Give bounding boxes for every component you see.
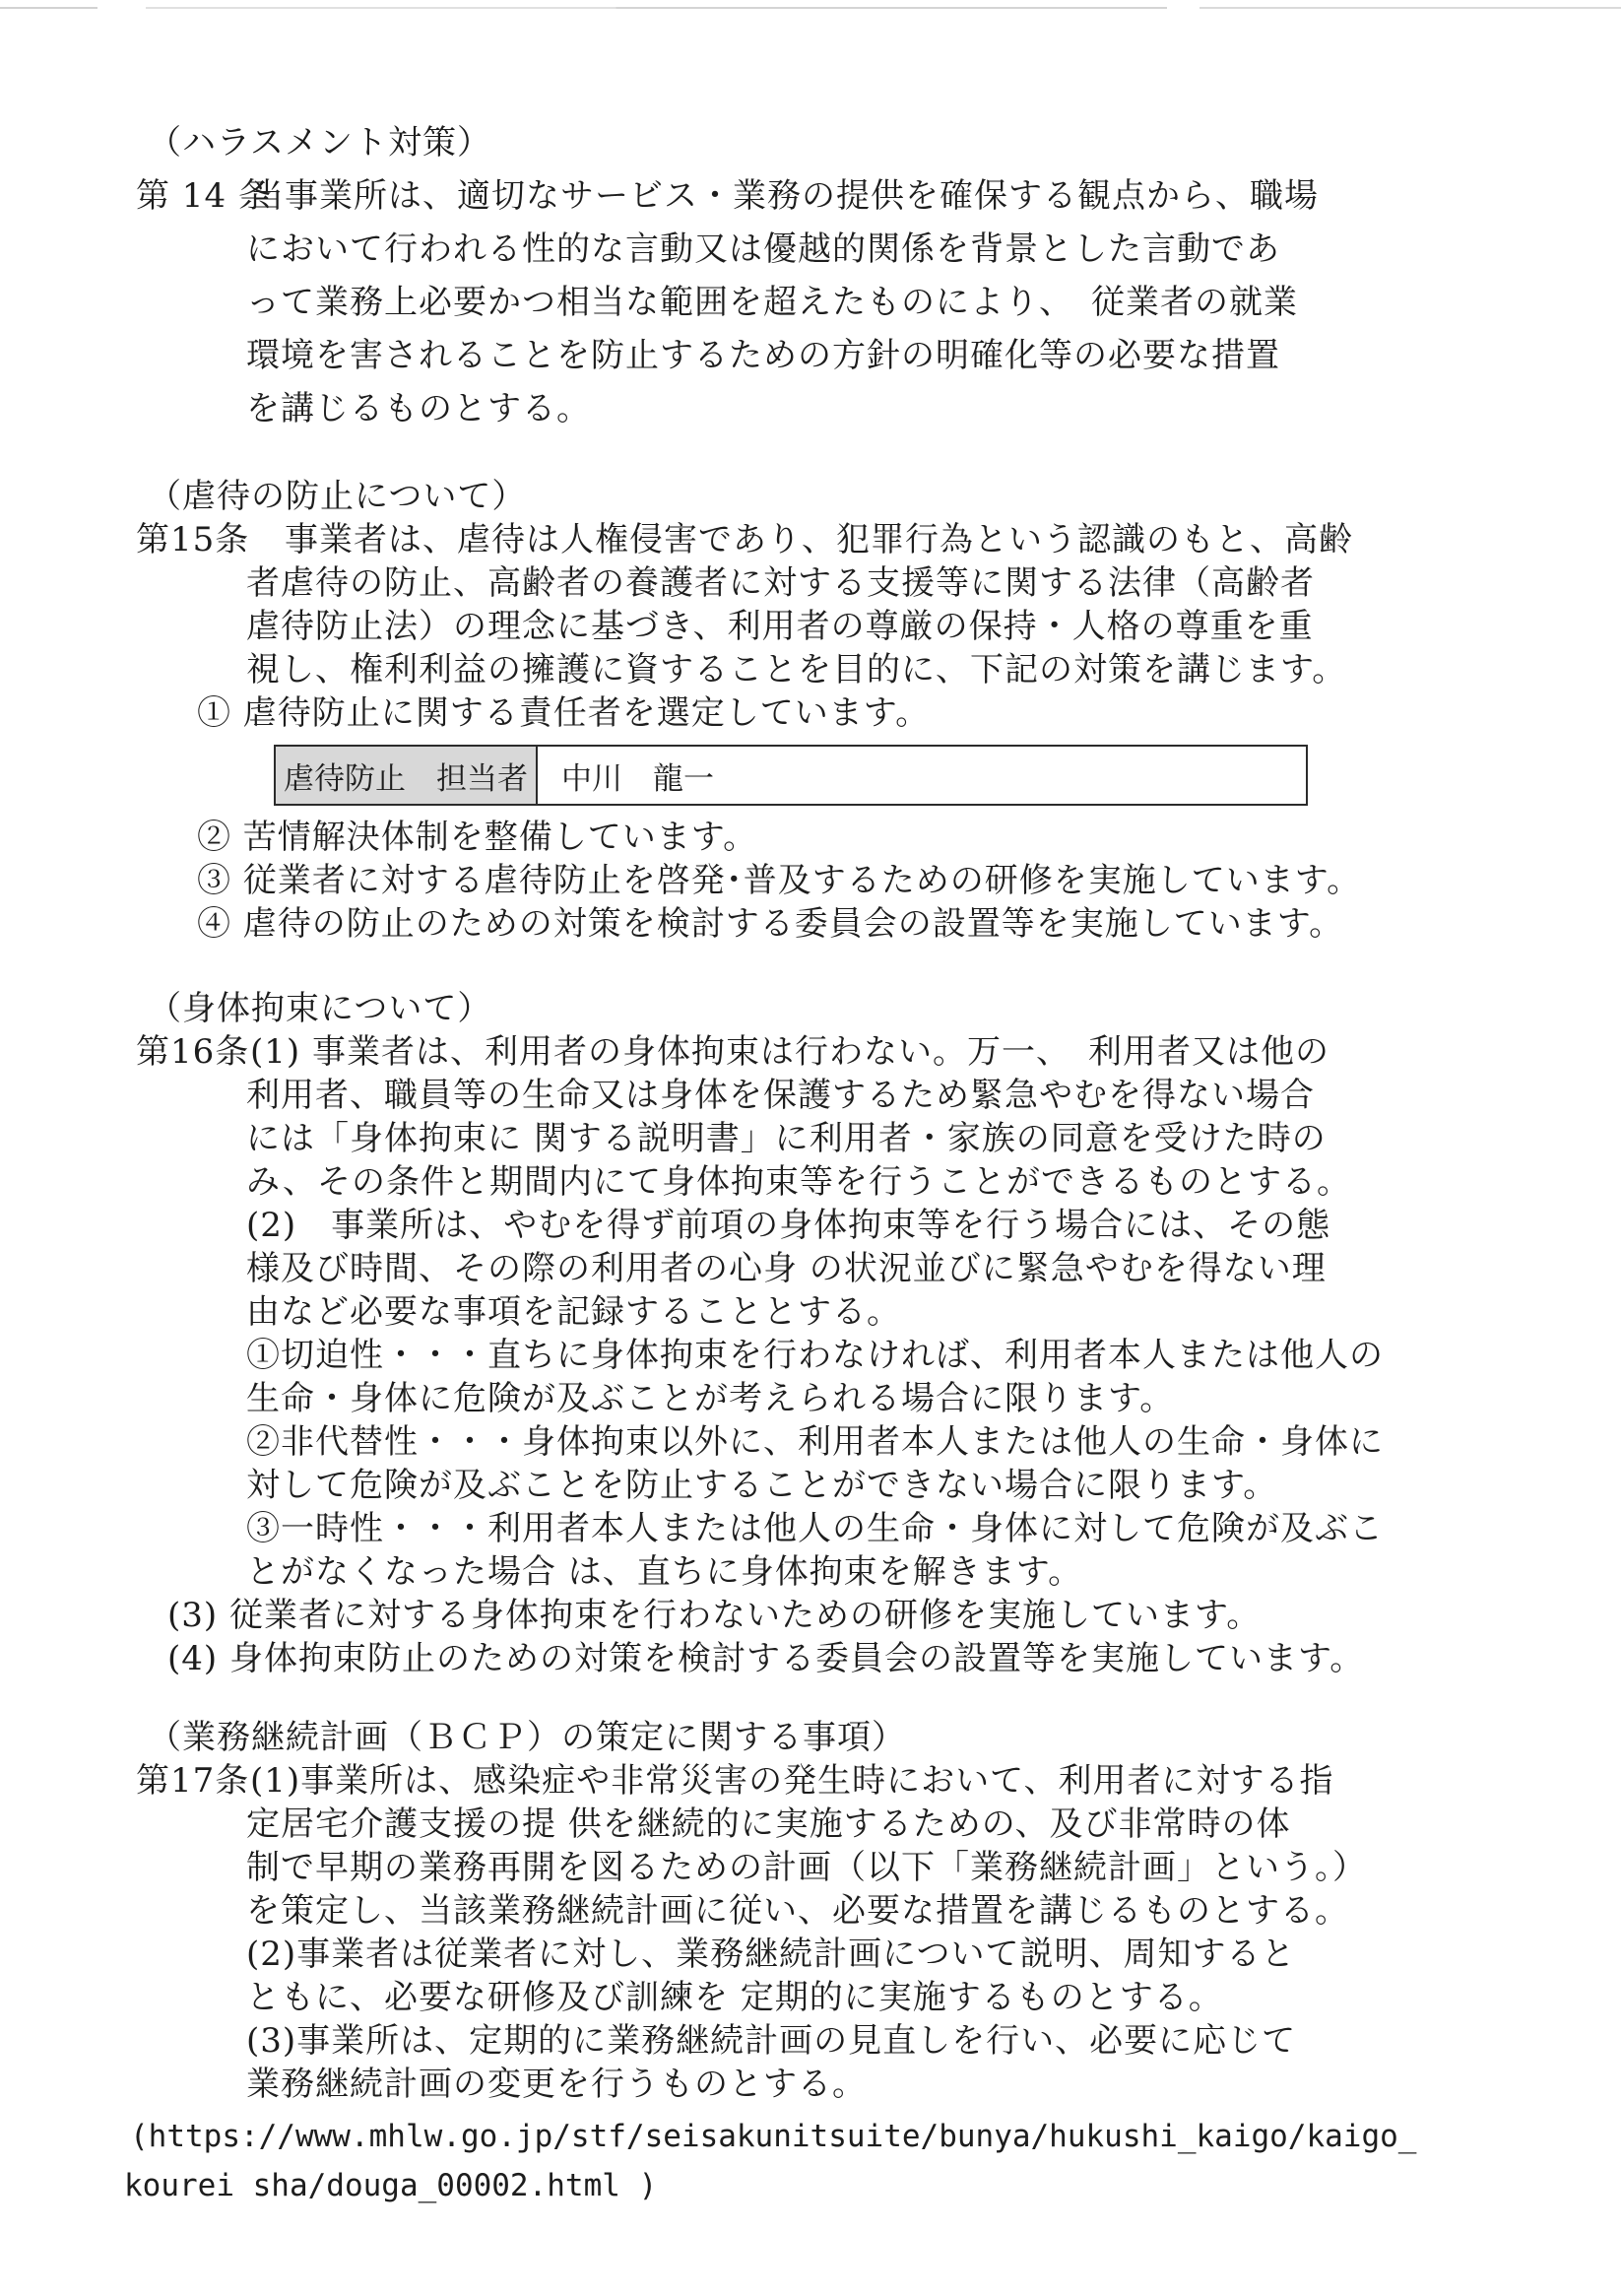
text-line: 対して危険が及ぶことを防止することができない場合に限ります。 xyxy=(246,1464,1621,1507)
text-line: ともに、必要な研修及び訓練を 定期的に実施するものとする。 xyxy=(246,1976,1621,2019)
text-line: 生命・身体に危険が及ぶことが考えられる場合に限ります。 xyxy=(246,1377,1621,1420)
url-line: kourei sha/douga_00002.html ) xyxy=(124,2161,1621,2210)
section-harassment: （ハラスメント対策） 第 14 条当事業所は、適切なサービス・業務の提供を確保す… xyxy=(0,116,1621,435)
section-heading: （身体拘束について） xyxy=(148,987,1621,1030)
list-item: ④ 虐待の防止のための対策を検討する委員会の設置等を実施しています。 xyxy=(197,902,1621,946)
list-item: ② 苦情解決体制を整備しています。 xyxy=(197,816,1621,859)
text-line: とがなくなった場合 は、直ちに身体拘束を解きます。 xyxy=(246,1550,1621,1594)
section-heading: （業務継続計画（ＢＣＰ）の策定に関する事項） xyxy=(148,1716,1621,1759)
article-line: 第 14 条当事業所は、適切なサービス・業務の提供を確保する観点から、職場 xyxy=(136,169,1621,223)
scan-artifact-line xyxy=(0,7,1621,9)
text-line: (3)事業所は、定期的に業務継続計画の見直しを行い、必要に応じて xyxy=(246,2019,1621,2063)
text-line: (2) 事業所は、やむを得ず前項の身体拘束等を行う場合には、その態 xyxy=(246,1204,1621,1247)
article-number: 第17条 xyxy=(136,1759,250,1803)
text-line: 事業者は、虐待は人権侵害であり、犯罪行為という認識のもと、高齢 xyxy=(250,520,1353,559)
article-line: 第15条 事業者は、虐待は人権侵害であり、犯罪行為という認識のもと、高齢 xyxy=(136,518,1621,561)
text-line: ③一時性・・・利用者本人または他人の生命・身体に対して危険が及ぶこ xyxy=(246,1507,1621,1550)
table-value-cell: 中川 龍一 xyxy=(538,747,1306,804)
text-line: 者虐待の防止、高齢者の養護者に対する支援等に関する法律（高齢者 xyxy=(246,561,1621,605)
reference-url: (https://www.mhlw.go.jp/stf/seisakunitsu… xyxy=(0,2112,1621,2210)
text-line: 虐待防止法）の理念に基づき、利用者の尊厳の保持・人格の尊重を重 xyxy=(246,605,1621,648)
text-line: み、その条件と期間内にて身体拘束等を行うことができるものとする。 xyxy=(246,1160,1621,1204)
text-line: 由など必要な事項を記録することとする。 xyxy=(246,1290,1621,1334)
section-bcp: （業務継続計画（ＢＣＰ）の策定に関する事項） 第17条(1)事業所は、感染症や非… xyxy=(0,1716,1621,2106)
text-line: 環境を害されることを防止するための方針の明確化等の必要な措置 xyxy=(246,329,1621,382)
text-line: ②非代替性・・・身体拘束以外に、利用者本人または他人の生命・身体に xyxy=(246,1420,1621,1464)
section-heading: （ハラスメント対策） xyxy=(148,116,1621,169)
text-line: 視し、権利利益の擁護に資することを目的に、下記の対策を講じます。 xyxy=(246,648,1621,691)
document-page: （ハラスメント対策） 第 14 条当事業所は、適切なサービス・業務の提供を確保す… xyxy=(0,0,1621,2296)
article-number: 第16条 xyxy=(136,1030,250,1074)
text-line: ①切迫性・・・直ちに身体拘束を行わなければ、利用者本人または他人の xyxy=(246,1334,1621,1377)
article-line: 第16条(1) 事業者は、利用者の身体拘束は行わない。万一、 利用者又は他の xyxy=(136,1030,1621,1074)
text-line: って業務上必要かつ相当な範囲を超えたものにより、 従業者の就業 xyxy=(246,276,1621,329)
text-line: 制で早期の業務再開を図るための計画（以下「業務継続計画」という。） xyxy=(246,1846,1621,1889)
article-number: 第 14 条 xyxy=(136,169,250,223)
text-line: を策定し、当該業務継続計画に従い、必要な措置を講じるものとする。 xyxy=(246,1889,1621,1933)
responsible-person-table: 虐待防止 担当者 中川 龍一 xyxy=(274,745,1621,806)
text-line: を講じるものとする。 xyxy=(246,382,1621,435)
section-physical-restraint: （身体拘束について） 第16条(1) 事業者は、利用者の身体拘束は行わない。万一… xyxy=(0,987,1621,1680)
list-item: ③ 従業者に対する虐待防止を啓発･普及するための研修を実施しています。 xyxy=(197,859,1621,902)
table-row: 虐待防止 担当者 中川 龍一 xyxy=(274,745,1308,806)
document-content: （ハラスメント対策） 第 14 条当事業所は、適切なサービス・業務の提供を確保す… xyxy=(0,0,1621,2210)
text-line: 様及び時間、その際の利用者の心身 の状況並びに緊急やむを得ない理 xyxy=(246,1247,1621,1290)
section-abuse-prevention: （虐待の防止について） 第15条 事業者は、虐待は人権侵害であり、犯罪行為という… xyxy=(0,475,1621,946)
text-line: (2)事業者は従業者に対し、業務継続計画について説明、周知すると xyxy=(246,1933,1621,1976)
table-header-cell: 虐待防止 担当者 xyxy=(276,747,538,804)
text-line: 業務継続計画の変更を行うものとする。 xyxy=(246,2063,1621,2106)
text-line: (1)事業所は、感染症や非常災害の発生時において、利用者に対する指 xyxy=(250,1761,1333,1801)
list-item: (3) 従業者に対する身体拘束を行わないための研修を実施しています。 xyxy=(167,1594,1621,1637)
text-line: 定居宅介護支援の提 供を継続的に実施するための、及び非常時の体 xyxy=(246,1803,1621,1846)
section-heading: （虐待の防止について） xyxy=(148,475,1621,518)
text-line: (1) 事業者は、利用者の身体拘束は行わない。万一、 利用者又は他の xyxy=(250,1032,1329,1072)
list-item: (4) 身体拘束防止のための対策を検討する委員会の設置等を実施しています。 xyxy=(167,1637,1621,1680)
text-line: には「身体拘束に 関する説明書」に利用者・家族の同意を受けた時の xyxy=(246,1117,1621,1160)
text-line: 当事業所は、適切なサービス・業務の提供を確保する観点から、職場 xyxy=(250,176,1319,216)
text-line: 利用者、職員等の生命又は身体を保護するため緊急やむを得ない場合 xyxy=(246,1074,1621,1117)
url-line: (https://www.mhlw.go.jp/stf/seisakunitsu… xyxy=(130,2112,1621,2161)
text-line: において行われる性的な言動又は優越的関係を背景とした言動であ xyxy=(246,223,1621,276)
article-number: 第15条 xyxy=(136,518,250,561)
list-item: ① 虐待防止に関する責任者を選定しています。 xyxy=(197,691,1621,735)
article-line: 第17条(1)事業所は、感染症や非常災害の発生時において、利用者に対する指 xyxy=(136,1759,1621,1803)
